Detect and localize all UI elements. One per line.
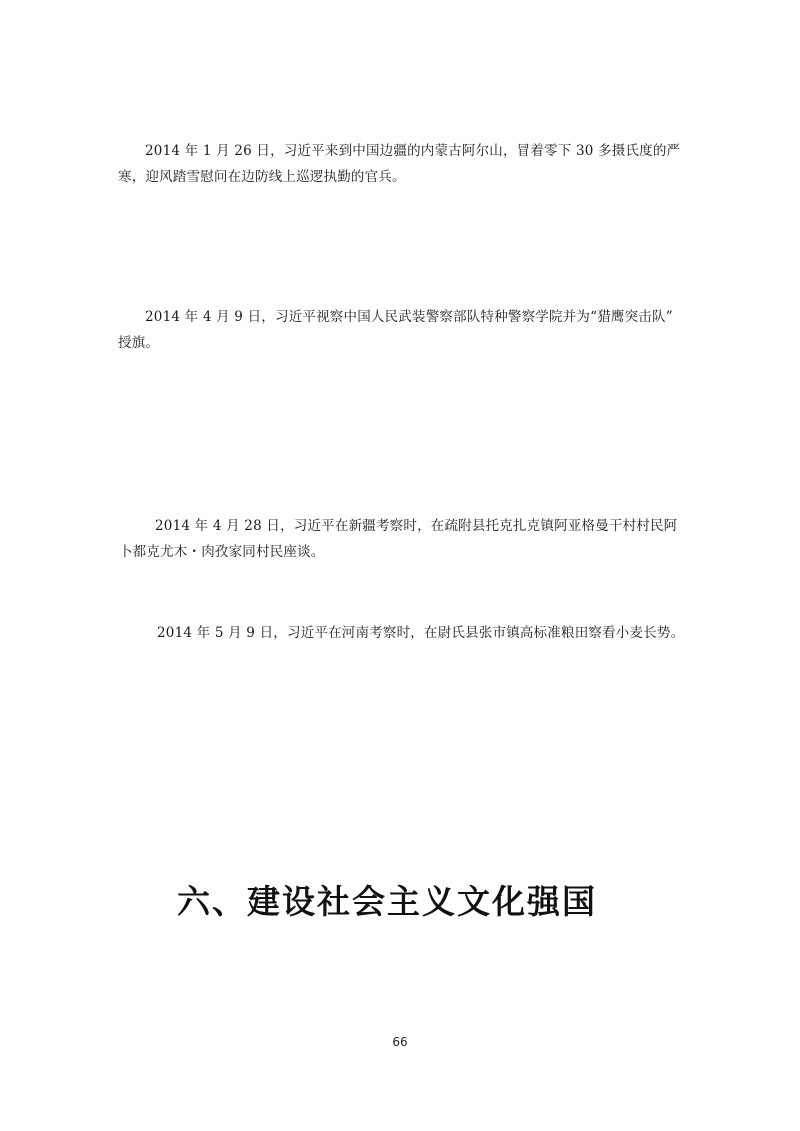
paragraph-line: 2014 年 4 月 9 日，习近平视察中国人民武装警察部队特种警察学院并为“猎… (145, 304, 705, 330)
paragraph-line: 2014 年 1 月 26 日，习近平来到中国边疆的内蒙古阿尔山，冒着零下 30… (145, 138, 705, 164)
paragraph-line: 2014 年 4 月 28 日，习近平在新疆考察时，在疏附县托克扎克镇阿亚格曼干… (155, 513, 715, 539)
paragraph-line: 授旗。 (118, 330, 705, 356)
section-heading: 六、建设社会主义文化强国 (177, 876, 597, 923)
paragraph-caption-4: 2014 年 5 月 9 日，习近平在河南考察时，在尉氏县张市镇高标准粮田察看小… (157, 620, 717, 646)
paragraph-line: 2014 年 5 月 9 日，习近平在河南考察时，在尉氏县张市镇高标准粮田察看小… (157, 620, 717, 646)
paragraph-caption-3: 2014 年 4 月 28 日，习近平在新疆考察时，在疏附县托克扎克镇阿亚格曼干… (155, 513, 715, 565)
page-number: 66 (0, 1035, 800, 1049)
paragraph-line: 卜都克尤木・肉孜家同村民座谈。 (119, 539, 715, 565)
paragraph-line: 寒，迎风踏雪慰问在边防线上巡逻执勤的官兵。 (118, 164, 705, 190)
paragraph-caption-2: 2014 年 4 月 9 日，习近平视察中国人民武装警察部队特种警察学院并为“猎… (145, 304, 705, 356)
paragraph-caption-1: 2014 年 1 月 26 日，习近平来到中国边疆的内蒙古阿尔山，冒着零下 30… (145, 138, 705, 190)
